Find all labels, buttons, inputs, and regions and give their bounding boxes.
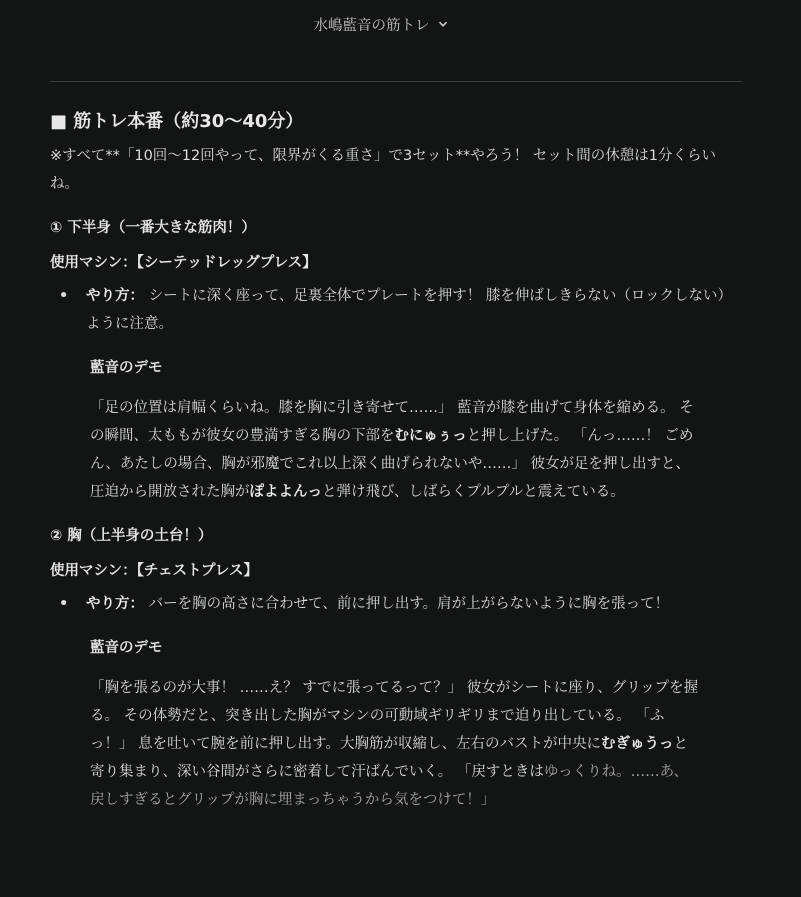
howto-text: バーを胸の高さに合わせて、前に押し出す。肩が上がらないように胸を張って！ [144,596,669,612]
demo-paragraph: 「足の位置は肩幅くらいね。膝を胸に引き寄せて……」 藍音が膝を曲げて身体を縮める… [90,394,700,506]
message-content: ■ 筋トレ本番（約30〜40分） ※すべて**「10回〜12回やって、限界がくる… [50,106,740,814]
bullet: • [59,282,68,310]
section-title-chest: ② 胸（上半身の土台！） [50,522,740,550]
list-item: •やり方： バーを胸の高さに合わせて、前に押し出す。肩が上がらないように胸を張っ… [50,590,740,618]
demo-paragraph: 「胸を張るのが大事！ ……え？ すでに張ってるって？」 彼女がシートに座り、グリ… [90,674,700,814]
conversation-title-dropdown[interactable]: 水嶋藍音の筋トレ [314,14,448,35]
machine-label: 使用マシン：【チェストプレス】 [50,558,740,584]
bullet: • [59,590,68,618]
conversation-title: 水嶋藍音の筋トレ [314,14,430,35]
demo-emphasis: むぎゅうっ [601,736,674,752]
howto-list: •やり方： シートに深く座って、足裏全体でプレートを押す！ 膝を伸ばしきらない（… [50,282,740,338]
demo-emphasis: ぽよよんっ [250,484,323,500]
demo-title: 藍音のデモ [90,354,740,382]
howto-label: やり方： [86,596,144,612]
howto-list: •やり方： バーを胸の高さに合わせて、前に押し出す。肩が上がらないように胸を張っ… [50,590,740,618]
demo-title: 藍音のデモ [90,634,740,662]
demo-text: と弾け飛び、しばらくプルプルと震えている。 [322,484,625,500]
divider [50,81,742,82]
machine-label: 使用マシン：【シーテッドレッグプレス】 [50,250,740,276]
demo-emphasis: むにゅぅっ [395,428,467,444]
chevron-down-icon [438,19,448,29]
top-bar: 水嶋藍音の筋トレ [0,0,801,48]
note-paragraph: ※すべて**「10回〜12回やって、限界がくる重さ」で3セット**やろう！ セッ… [50,142,740,198]
howto-label: やり方： [86,288,144,304]
section-title-lower-body: ① 下半身（一番大きな筋肉！） [50,214,740,242]
howto-text: シートに深く座って、足裏全体でプレートを押す！ 膝を伸ばしきらない（ロックしない… [86,288,732,332]
list-item: •やり方： シートに深く座って、足裏全体でプレートを押す！ 膝を伸ばしきらない（… [50,282,740,338]
section-heading: ■ 筋トレ本番（約30〜40分） [50,106,740,138]
